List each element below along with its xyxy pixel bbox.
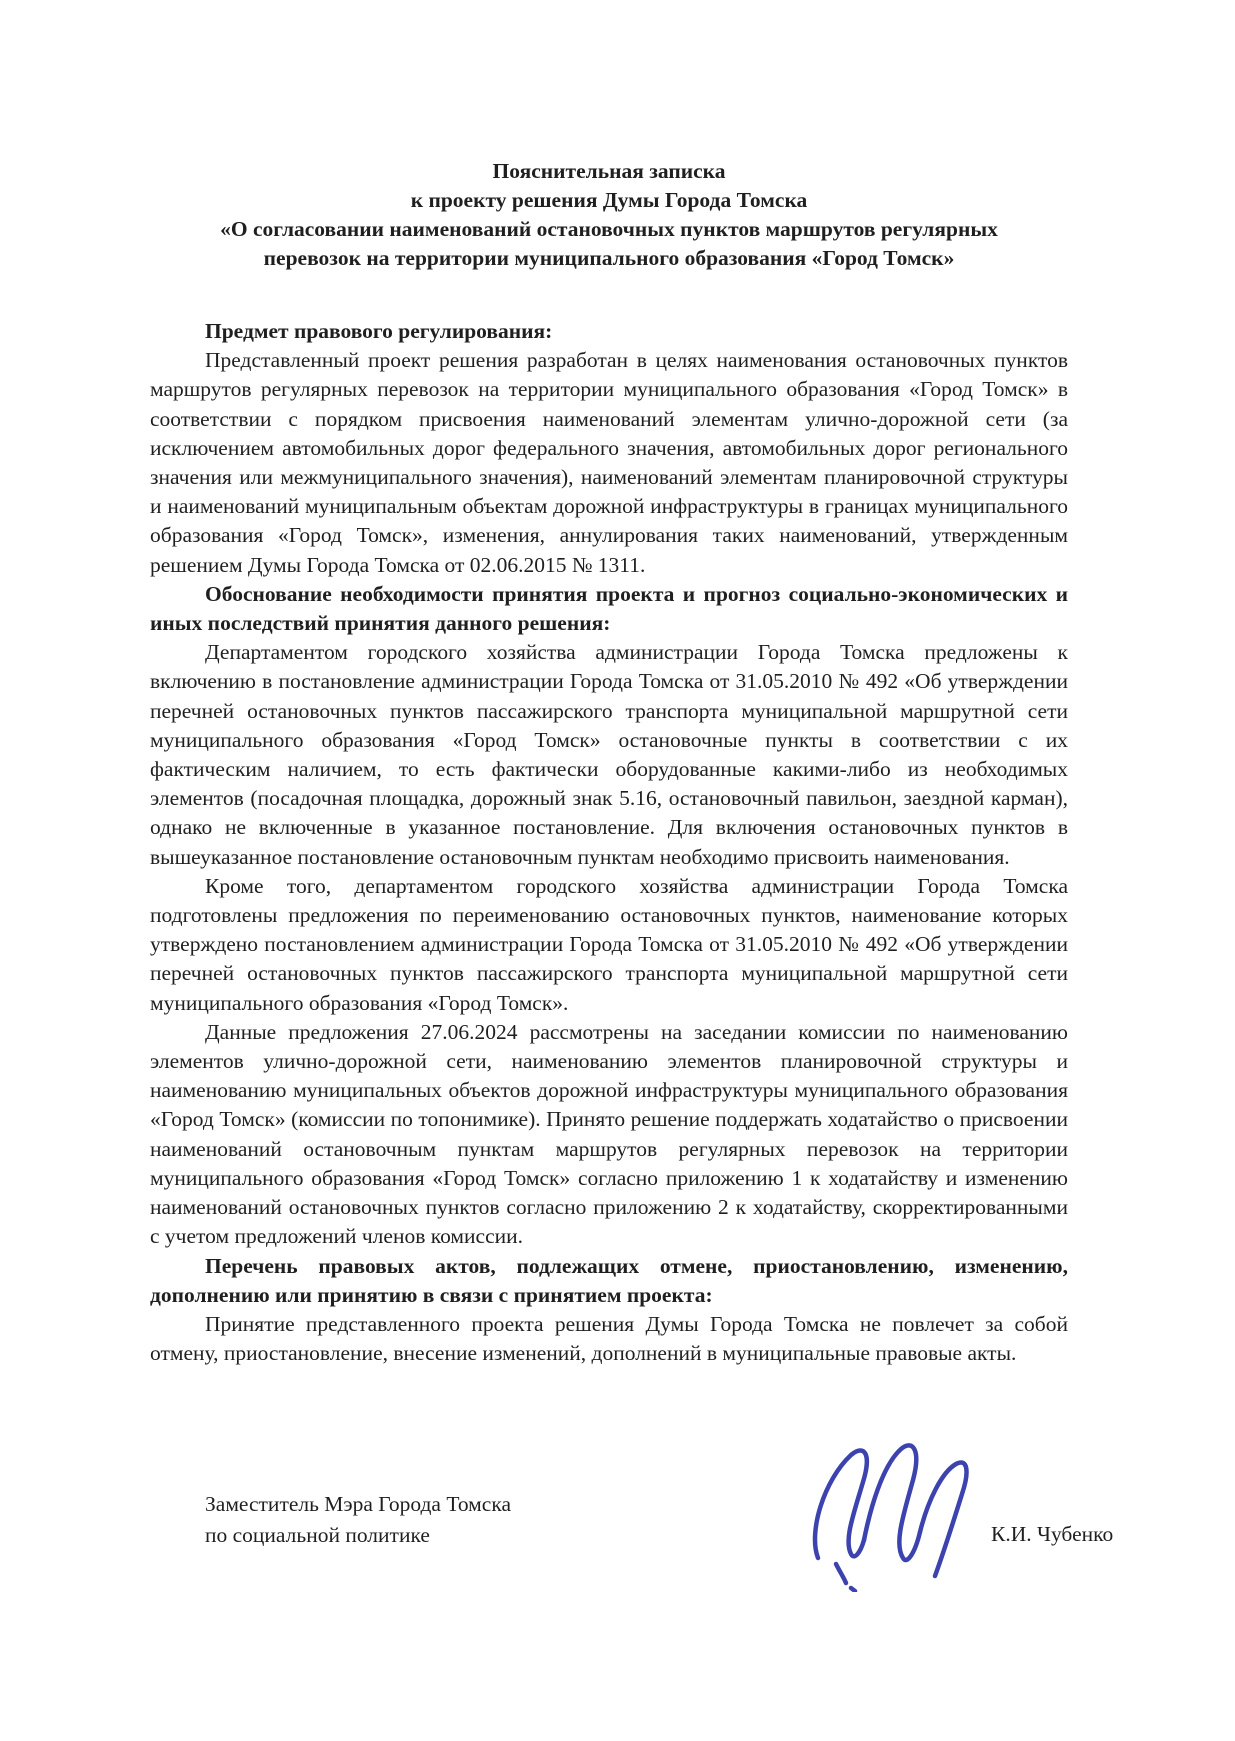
signature-stroke-loop-3 xyxy=(920,1462,967,1576)
title-line-2: к проекту решения Думы Города Томска xyxy=(150,186,1068,215)
paragraph-subject: Представленный проект решения разработан… xyxy=(150,346,1068,580)
signature-stroke-tick xyxy=(836,1564,846,1583)
signatory-name: К.И. Чубенко xyxy=(991,1522,1113,1547)
document-title: Пояснительная записка к проекту решения … xyxy=(150,157,1068,273)
paragraph-justification-1: Департаментом городского хозяйства админ… xyxy=(150,638,1068,872)
title-line-4: перевозок на территории муниципального о… xyxy=(150,244,1068,273)
paragraph-justification-2: Кроме того, департаментом городского хоз… xyxy=(150,872,1068,1018)
paragraph-justification-3: Данные предложения 27.06.2024 рассмотрен… xyxy=(150,1018,1068,1252)
scanned-document-page: Пояснительная записка к проекту решения … xyxy=(0,0,1235,1741)
signature-ink xyxy=(806,1442,1001,1592)
section-heading-acts-list: Перечень правовых актов, подлежащих отме… xyxy=(150,1252,1068,1310)
signature-stroke-loop-1 xyxy=(815,1450,867,1558)
signatory-position: Заместитель Мэра Города Томска по социал… xyxy=(205,1489,511,1551)
document-body: Предмет правового регулирования: Предста… xyxy=(150,317,1068,1368)
signatory-position-line-2: по социальной политике xyxy=(205,1520,511,1551)
signatory-position-line-1: Заместитель Мэра Города Томска xyxy=(205,1489,511,1520)
title-line-3: «О согласовании наименований остановочны… xyxy=(150,215,1068,244)
title-line-1: Пояснительная записка xyxy=(150,157,1068,186)
section-heading-subject: Предмет правового регулирования: xyxy=(150,317,1068,346)
document-content: Пояснительная записка к проекту решения … xyxy=(150,157,1068,1368)
section-heading-justification: Обоснование необходимости принятия проек… xyxy=(150,580,1068,638)
paragraph-acts-list: Принятие представленного проекта решения… xyxy=(150,1310,1068,1368)
signature-stroke-loop-2 xyxy=(864,1445,920,1560)
signature-stroke-dot xyxy=(851,1588,855,1591)
